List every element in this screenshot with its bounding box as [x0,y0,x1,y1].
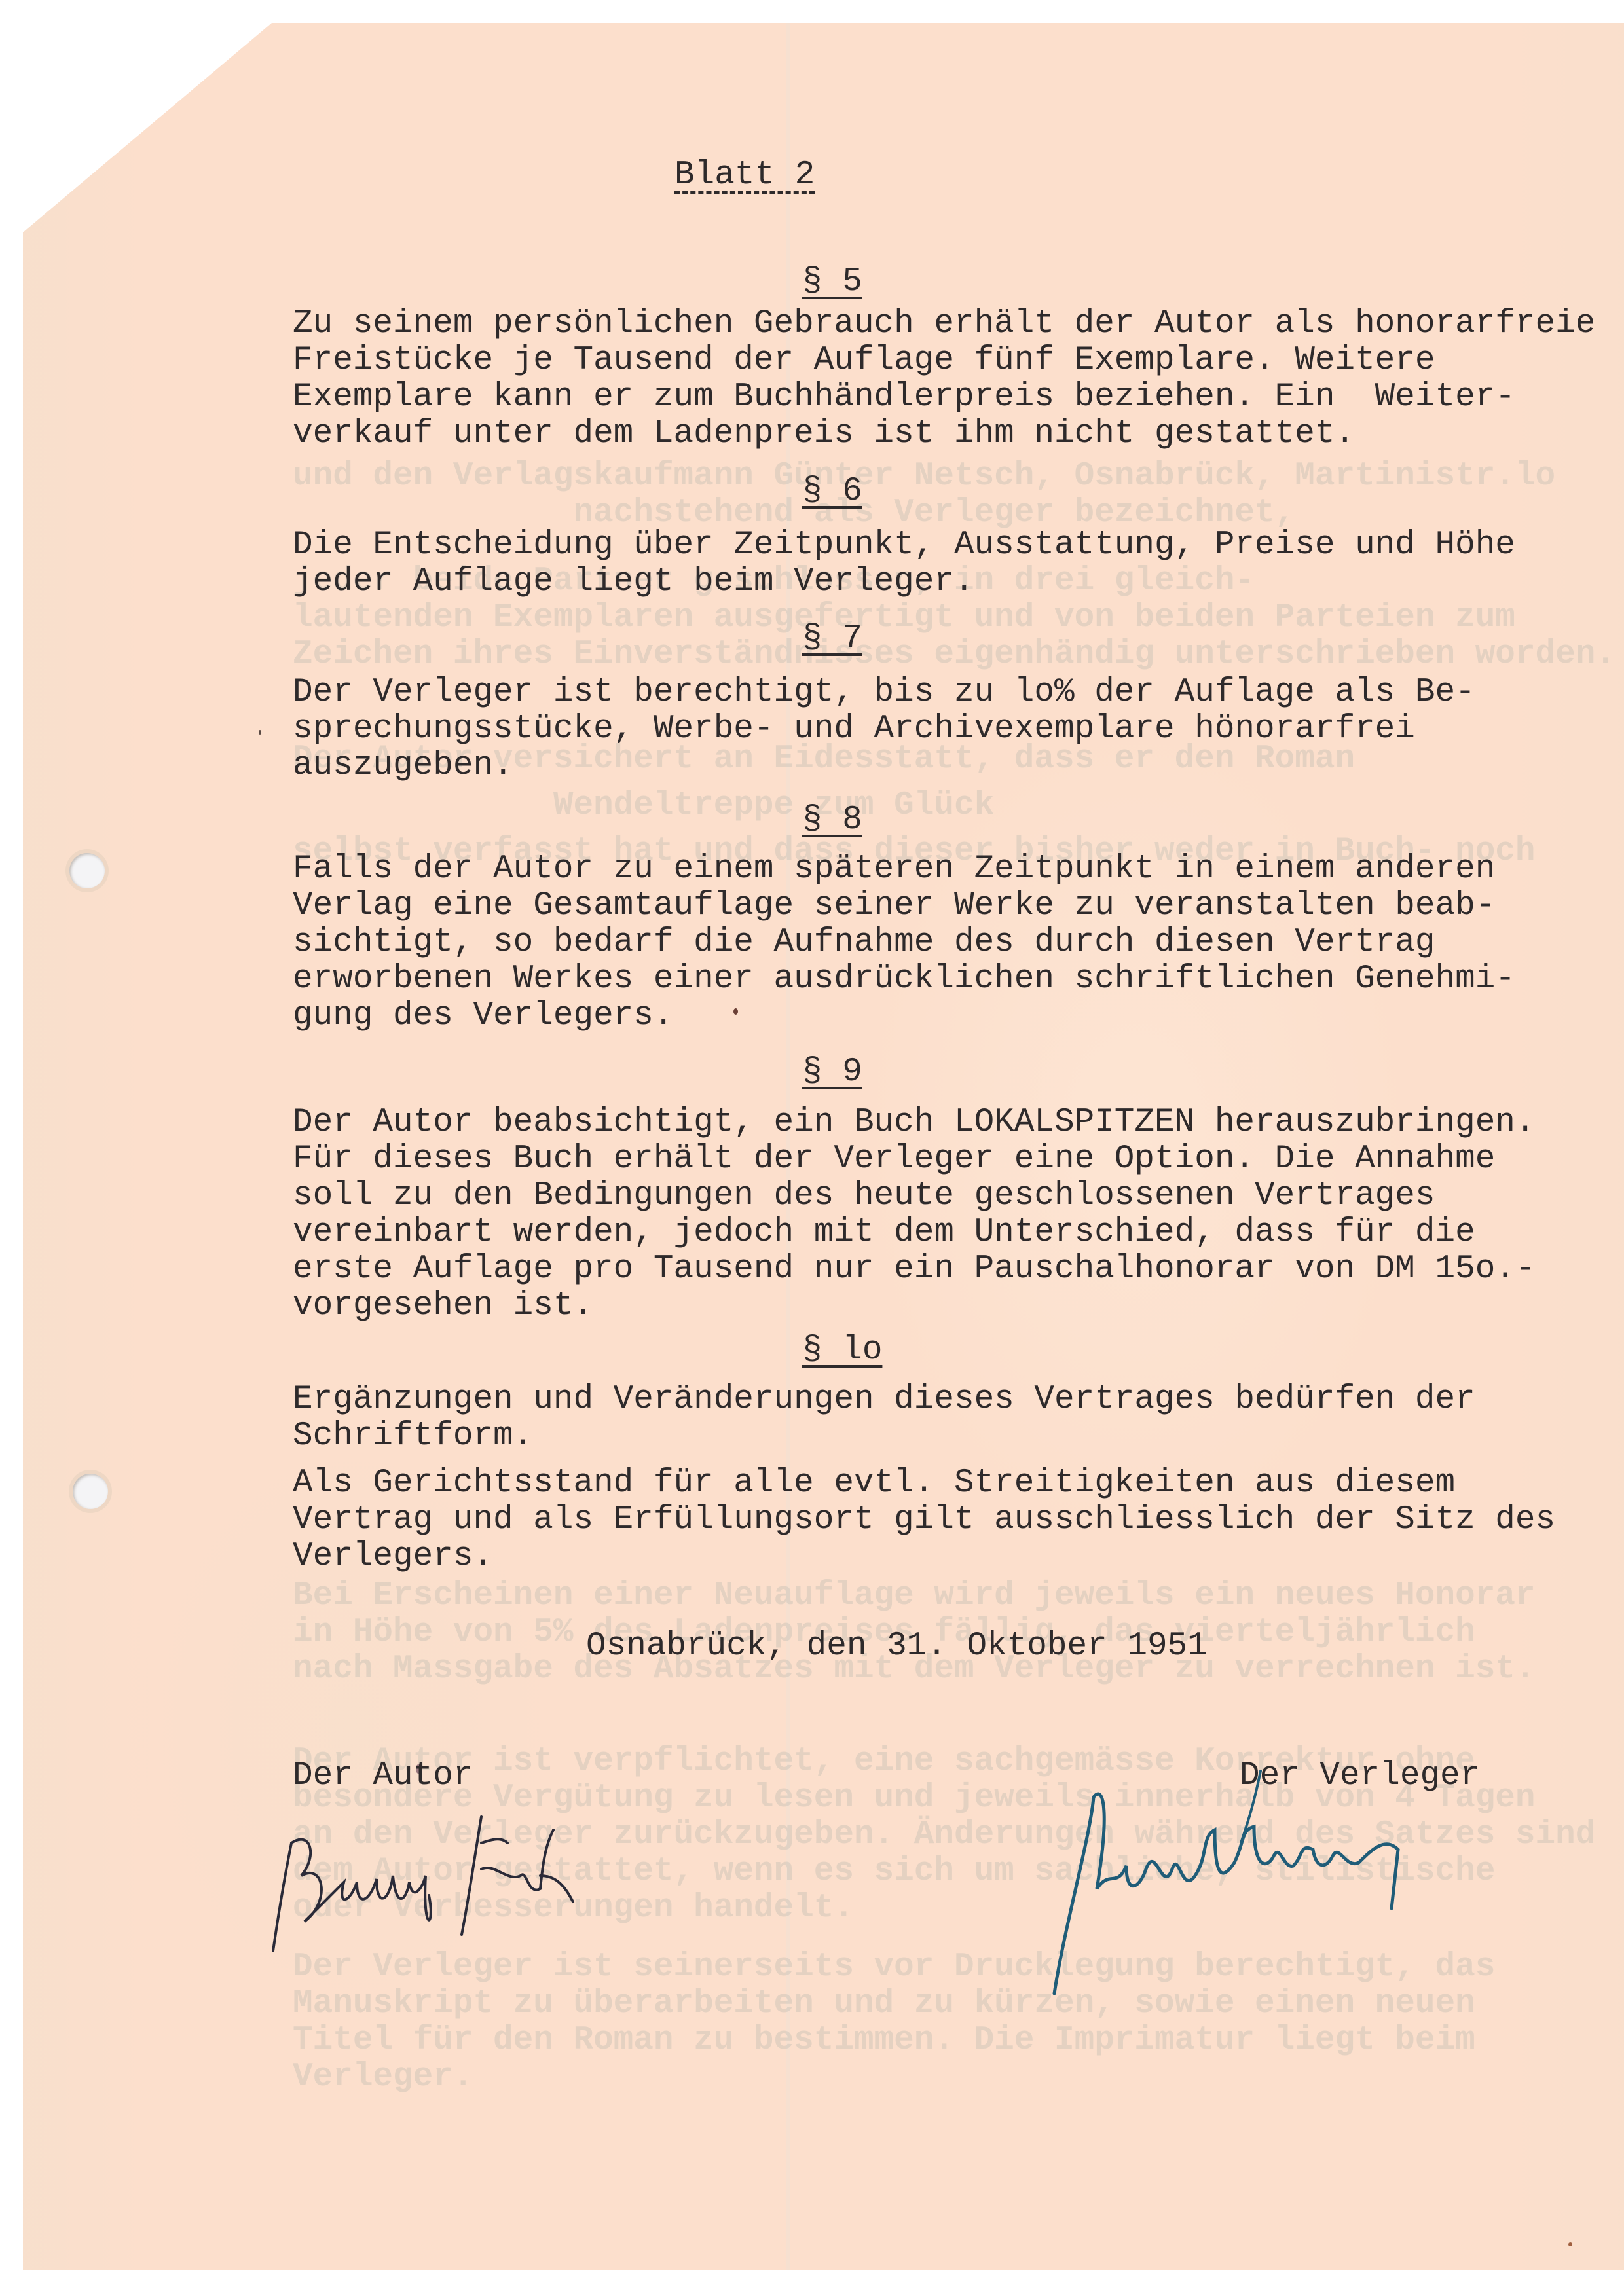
section-8-line: Verlag eine Gesamtauflage seiner Werke z… [293,888,1495,924]
section-5-line: Zu seinem persönlichen Gebrauch erhält d… [293,306,1595,342]
section-9-line: erste Auflage pro Tausend nur ein Pausch… [293,1251,1536,1288]
section-heading-7: § 7 [802,621,862,657]
section-heading-6: § 6 [802,473,862,510]
bleed-through-line: und den Verlagskaufmann Günter Netsch, O… [293,458,1555,495]
section-10-line: Als Gerichtsstand für alle evtl. Streiti… [293,1465,1455,1502]
section-heading-9: § 9 [802,1054,862,1091]
section-7-line: auszugeben. [293,748,513,784]
sheet-label: Blatt 2 [674,157,815,194]
section-10-line: Schriftform. [293,1418,533,1455]
author-signature [265,1804,671,1974]
section-6-line: Die Entscheidung über Zeitpunkt, Ausstat… [293,527,1515,564]
section-heading-10: § lo [802,1332,882,1369]
contract-page: und den Verlagskaufmann Günter Netsch, O… [23,23,1624,2270]
place-date: Osnabrück, den 31. Oktober 1951 [586,1628,1208,1665]
section-10-line: Vertrag und als Erfüllungsort gilt aussc… [293,1502,1555,1539]
bleed-through-line: Verleger. [293,2059,473,2096]
section-9-line: vorgesehen ist. [293,1288,593,1324]
section-9-line: Der Autor beabsichtigt, ein Buch LOKALSP… [293,1104,1536,1141]
publisher-signature [1005,1758,1595,2007]
bleed-through-line: Zeichen ihres Einverständnisses eigenhän… [293,636,1615,673]
section-9-line: Für dieses Buch erhält der Verleger eine… [293,1141,1495,1178]
punch-hole [69,853,105,888]
section-9-line: soll zu den Bedingungen des heute geschl… [293,1178,1435,1214]
bleed-through-line: lautenden Exemplaren ausgefertigt und vo… [293,600,1515,636]
ink-speck [733,1008,738,1015]
section-5-line: Freistücke je Tausend der Auflage fünf E… [293,342,1435,379]
section-6-line: jeder Auflage liegt beim Verleger. [293,564,974,600]
section-7-line: sprechungsstücke, Werbe- und Archivexemp… [293,711,1415,748]
section-8-line: gung des Verlegers. [293,998,674,1034]
section-10-line: Ergänzungen und Veränderungen dieses Ver… [293,1381,1475,1418]
section-7-line: Der Verleger ist berechtigt, bis zu lo% … [293,674,1475,711]
section-10-line: Verlegers. [293,1539,493,1575]
bleed-through-line: Titel für den Roman zu bestimmen. Die Im… [293,2022,1475,2059]
section-5-line: Exemplare kann er zum Buchhändlerpreis b… [293,379,1515,416]
bleed-through-line: Bei Erscheinen einer Neuauflage wird jew… [293,1578,1536,1614]
section-8-line: erworbenen Werkes einer ausdrücklichen s… [293,961,1515,998]
author-label: Der Autor [293,1758,473,1795]
section-heading-5: § 5 [802,264,862,301]
section-8-line: sichtigt, so bedarf die Aufnahme des dur… [293,924,1435,961]
punch-hole [73,1474,108,1509]
ink-speck [259,730,261,735]
section-5-line: verkauf unter dem Ladenpreis ist ihm nic… [293,416,1355,452]
section-8-line: Falls der Autor zu einem späteren Zeitpu… [293,851,1495,888]
bleed-through-line: Wendeltreppe zum Glück [293,788,994,824]
section-9-line: vereinbart werden, jedoch mit dem Unters… [293,1214,1475,1251]
section-heading-8: § 8 [802,802,862,839]
ink-speck [1568,2242,1572,2246]
